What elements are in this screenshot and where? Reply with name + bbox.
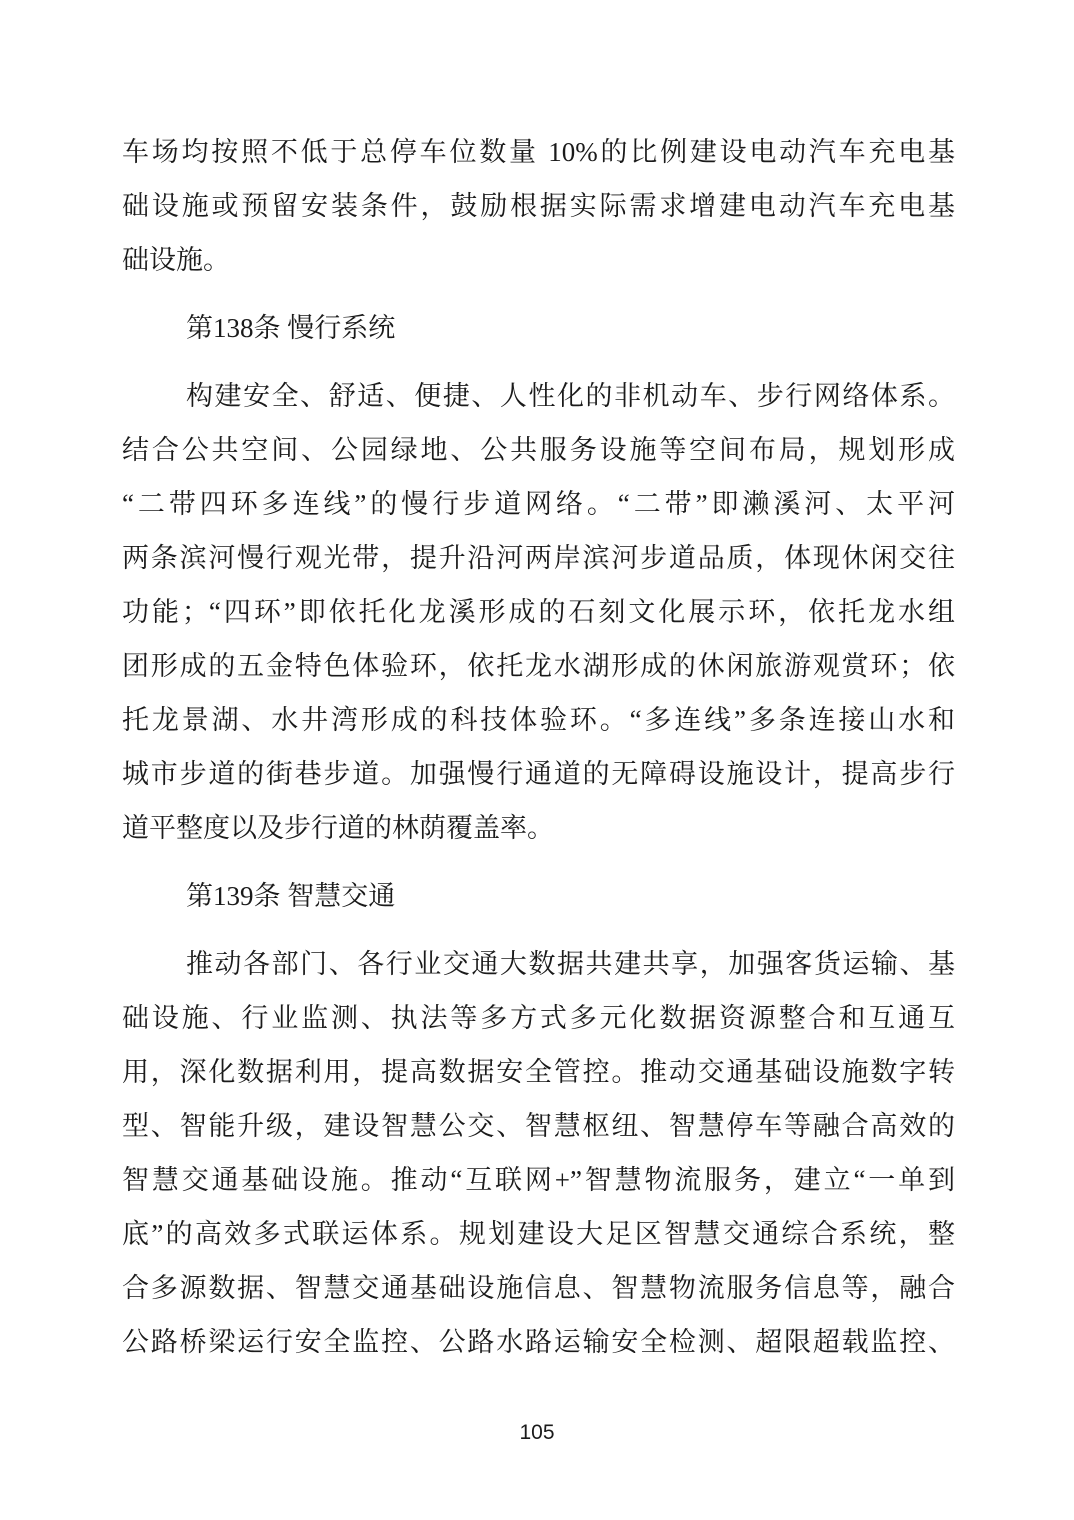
text-line: 托龙景湖、水井湾形成的科技体验环。“多连线”多条连接山水和	[122, 693, 955, 747]
text-line: 两条滨河慢行观光带，提升沿河两岸滨河步道品质，体现休闲交往	[122, 531, 955, 585]
text-line: 础设施。	[122, 233, 955, 287]
text-line: 推动各部门、各行业交通大数据共建共享，加强客货运输、基	[122, 937, 955, 991]
text-line: 用，深化数据利用，提高数据安全管控。推动交通基础设施数字转	[122, 1045, 955, 1099]
text-line: 车场均按照不低于总停车位数量 10%的比例建设电动汽车充电基	[122, 125, 955, 179]
text-line: 结合公共空间、公园绿地、公共服务设施等空间布局，规划形成	[122, 423, 955, 477]
text-line: 公路桥梁运行安全监控、公路水路运输安全检测、超限超载监控、	[122, 1315, 955, 1369]
text-line: “二带四环多连线”的慢行步道网络。“二带”即濑溪河、太平河	[122, 477, 955, 531]
page-number: 105	[0, 1420, 1074, 1446]
text-line: 智慧交通基础设施。推动“互联网+”智慧物流服务，建立“一单到	[122, 1153, 955, 1207]
text-line: 合多源数据、智慧交通基础设施信息、智慧物流服务信息等，融合	[122, 1261, 955, 1315]
text-line: 功能；“四环”即依托化龙溪形成的石刻文化展示环，依托龙水组	[122, 585, 955, 639]
text-line: 底”的高效多式联运体系。规划建设大足区智慧交通综合系统，整	[122, 1207, 955, 1261]
document-page: 车场均按照不低于总停车位数量 10%的比例建设电动汽车充电基础设施或预留安装条件…	[0, 0, 1074, 1520]
text-line: 团形成的五金特色体验环，依托龙水湖形成的休闲旅游观赏环；依	[122, 639, 955, 693]
text-line: 础设施或预留安装条件，鼓励根据实际需求增建电动汽车充电基	[122, 179, 955, 233]
text-line: 构建安全、舒适、便捷、人性化的非机动车、步行网络体系。	[122, 369, 955, 423]
article-heading: 第139条 智慧交通	[122, 869, 955, 923]
text-line: 型、智能升级，建设智慧公交、智慧枢纽、智慧停车等融合高效的	[122, 1099, 955, 1153]
text-line: 城市步道的街巷步道。加强慢行通道的无障碍设施设计，提高步行	[122, 747, 955, 801]
text-line: 础设施、行业监测、执法等多方式多元化数据资源整合和互通互	[122, 991, 955, 1045]
article-heading: 第138条 慢行系统	[122, 301, 955, 355]
text-line: 道平整度以及步行道的林荫覆盖率。	[122, 801, 955, 855]
document-body: 车场均按照不低于总停车位数量 10%的比例建设电动汽车充电基础设施或预留安装条件…	[122, 125, 955, 1369]
